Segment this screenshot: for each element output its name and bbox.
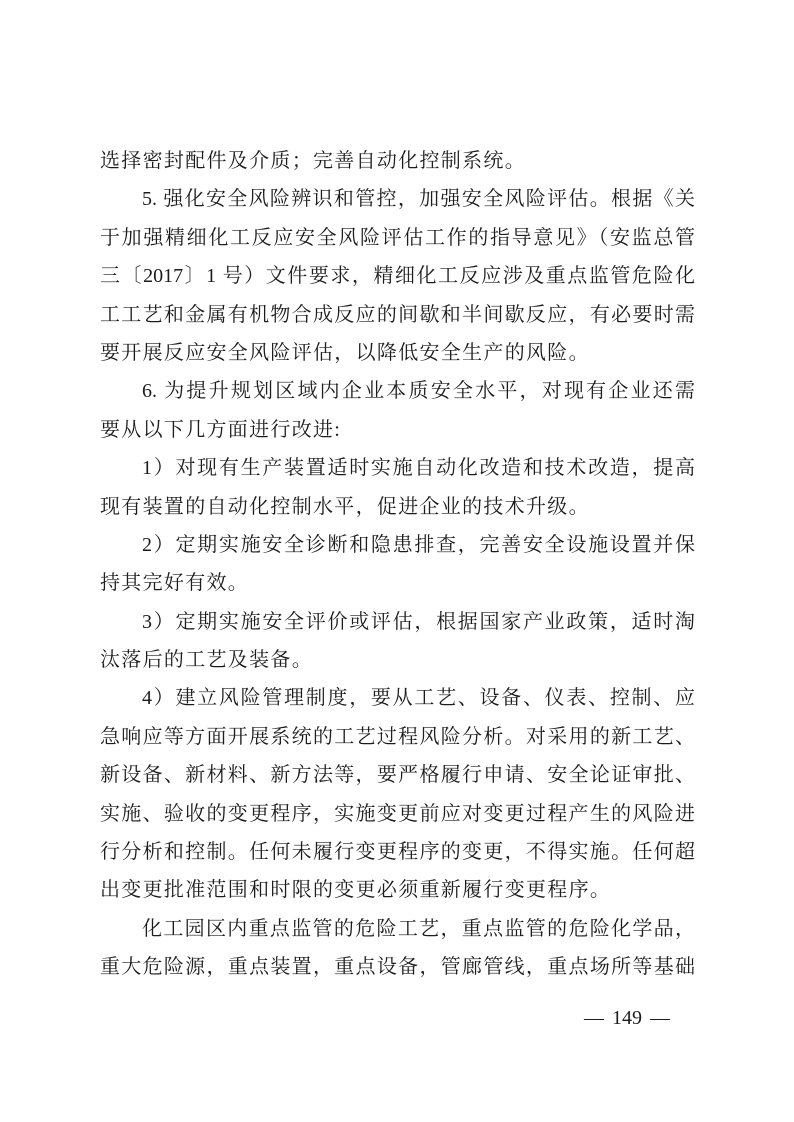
text-line: 化工园区内重点监管的危险工艺，重点监管的危险化学品，	[100, 910, 695, 948]
document-body: 选择密封配件及介质；完善自动化控制系统。5. 强化安全风险辨识和管控，加强安全风…	[100, 142, 695, 987]
text-line: 选择密封配件及介质；完善自动化控制系统。	[100, 142, 695, 180]
text-line: 重大危险源，重点装置，重点设备，管廊管线，重点场所等基础	[100, 948, 695, 986]
text-line: 4）建立风险管理制度，要从工艺、设备、仪表、控制、应	[100, 679, 695, 717]
text-line: 现有装置的自动化控制水平，促进企业的技术升级。	[100, 488, 695, 526]
text-line: 3）定期实施安全评价或评估，根据国家产业政策，适时淘	[100, 603, 695, 641]
text-line: 持其完好有效。	[100, 564, 695, 602]
text-line: 行分析和控制。任何未履行变更程序的变更，不得实施。任何超	[100, 833, 695, 871]
text-line: 要开展反应安全风险评估，以降低安全生产的风险。	[100, 334, 695, 372]
text-line: 三〔2017〕1 号）文件要求，精细化工反应涉及重点监管危险化	[100, 257, 695, 295]
text-line: 急响应等方面开展系统的工艺过程风险分析。对采用的新工艺、	[100, 718, 695, 756]
footer-dash-left: —	[584, 1004, 604, 1032]
text-line: 6. 为提升规划区域内企业本质安全水平，对现有企业还需	[100, 372, 695, 410]
text-line: 于加强精细化工反应安全风险评估工作的指导意见》（安监总管	[100, 219, 695, 257]
text-line: 1）对现有生产装置适时实施自动化改造和技术改造，提高	[100, 449, 695, 487]
text-line: 新设备、新材料、新方法等，要严格履行申请、安全论证审批、	[100, 756, 695, 794]
text-line: 实施、验收的变更程序，实施变更前应对变更过程产生的风险进	[100, 795, 695, 833]
text-line: 2）定期实施安全诊断和隐患排查，完善安全设施设置并保	[100, 526, 695, 564]
page-number: 149	[612, 1004, 642, 1032]
text-line: 出变更批准范围和时限的变更必须重新履行变更程序。	[100, 871, 695, 909]
text-line: 汰落后的工艺及装备。	[100, 641, 695, 679]
footer-dash-right: —	[650, 1004, 670, 1032]
text-line: 工工艺和金属有机物合成反应的间歇和半间歇反应，有必要时需	[100, 296, 695, 334]
document-page: 选择密封配件及介质；完善自动化控制系统。5. 强化安全风险辨识和管控，加强安全风…	[0, 0, 794, 1122]
page-footer: — 149 —	[584, 1004, 670, 1032]
text-line: 要从以下几方面进行改进:	[100, 411, 695, 449]
text-line: 5. 强化安全风险辨识和管控，加强安全风险评估。根据《关	[100, 180, 695, 218]
